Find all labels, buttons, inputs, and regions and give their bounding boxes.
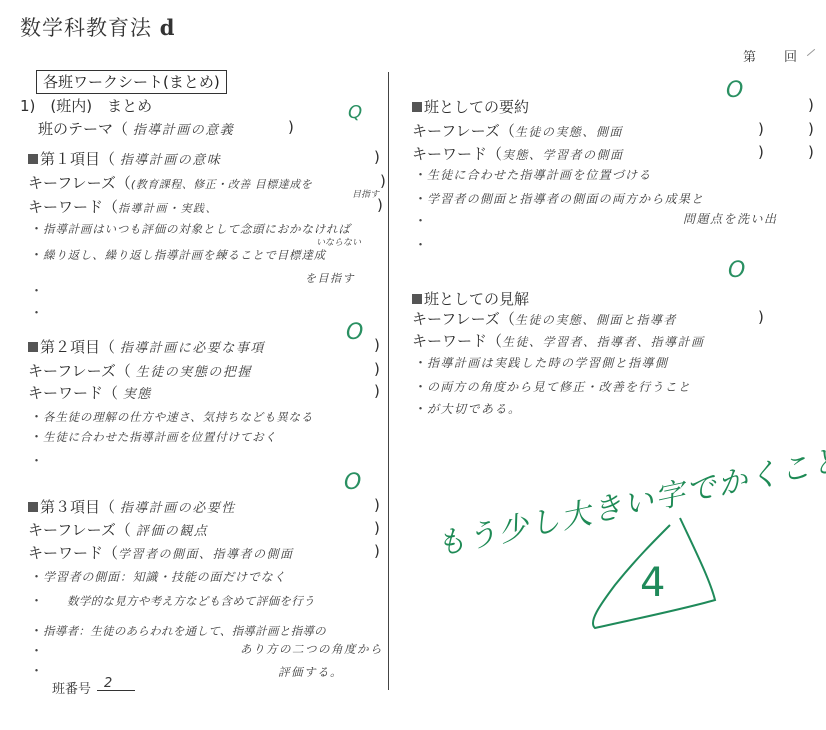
grader-mark-opinion: O <box>728 258 745 283</box>
close-paren: ) <box>374 360 380 378</box>
opinion-keyword: キーワード（生徒、学習者、指導者、指導計画 <box>412 330 705 351</box>
item3-keyphrase: キーフレーズ（ 評価の観点 <box>28 519 208 540</box>
item3-bullet-continuation: あり方の二つの角度から <box>240 641 383 657</box>
item1-bullet: ・繰り返し、繰り返し指導計画を練ることで目標達成 <box>30 244 326 263</box>
close-paren: ) <box>758 120 764 138</box>
item1-bullet: ・指導計画はいつも評価の対象として念頭におかなければ <box>30 218 351 237</box>
summary-keyword: キーワード（実態、学習者の側面 <box>412 143 624 164</box>
grader-mark-theme: Q <box>348 102 362 123</box>
item2-keyphrase-label: キーフレーズ（ <box>28 362 131 380</box>
opinion-bullet: ・が大切である。 <box>414 398 522 417</box>
opinion-keyphrase-value: 生徒の実態、側面と指導者 <box>515 313 677 327</box>
close-paren: ) <box>374 519 380 537</box>
item2-keyword-value: 実態 <box>123 387 152 402</box>
item2-bullet-text: 生徒に合わせた指導計画を位置付けておく <box>43 430 277 444</box>
close-paren: ) <box>380 172 386 190</box>
group-number-label: 班番号 <box>52 678 91 697</box>
item3-bullet-empty: ・ <box>30 640 43 659</box>
opinion-bullet: ・指導計画は実践した時の学習側と指導側 <box>414 352 668 371</box>
session-prefix: 第 <box>743 50 756 65</box>
square-bullet-icon <box>28 502 38 512</box>
square-bullet-icon <box>28 154 38 164</box>
item3-bullet-text: 学習者の側面：知識・技能の面だけでなく <box>43 570 286 584</box>
summary-bullet-text: 生徒に合わせた指導計画を位置づける <box>427 168 651 182</box>
section-heading: 1) (班内) まとめ <box>20 95 152 116</box>
item3-bullet-text: 数学的な見方や考え方なども含めて評価を行う <box>67 594 315 608</box>
item3-bullet-continuation: 評価する。 <box>278 664 343 680</box>
item3-bullet-empty: ・ <box>30 660 43 679</box>
item1-keyword-value: 指導計画・実践、 <box>118 202 218 215</box>
close-paren: ) <box>374 496 380 514</box>
summary-bullet: ・学習者の側面と指導者の側面の両方から成果と <box>414 188 704 207</box>
opinion-keyphrase-label: キーフレーズ（ <box>412 310 515 328</box>
opinion-bullet-text: 指導計画は実践した時の学習側と指導側 <box>427 356 668 370</box>
square-bullet-icon <box>412 102 422 112</box>
item1-bullet-continuation: を目指す <box>305 270 355 286</box>
opinion-keyphrase: キーフレーズ（生徒の実態、側面と指導者 <box>412 308 677 329</box>
item3-heading-value: 指導計画の必要性 <box>120 501 236 516</box>
item1-keyword-label: キーワード（ <box>28 198 118 216</box>
item3-bullet: ・指導者：生徒のあらわれを通して、指導計画と指導の <box>30 620 326 639</box>
close-paren: ) <box>808 143 814 161</box>
close-paren: ) <box>808 120 814 138</box>
theme-close-paren: ) <box>288 118 294 136</box>
grader-mark-item3: O <box>344 470 361 495</box>
theme-row: 班のテーマ（ 指導計画の意義 <box>38 118 234 139</box>
item2-bullet: ・生徒に合わせた指導計画を位置付けておく <box>30 426 277 445</box>
grader-mark-item2: O <box>346 320 363 345</box>
session-slash-mark <box>807 49 815 56</box>
item3-heading: 第３項目（ 指導計画の必要性 <box>28 496 236 517</box>
item2-bullet: ・各生徒の理解の仕方や速さ、気持ちなども異なる <box>30 406 313 425</box>
item2-bullet-empty: ・ <box>30 450 43 469</box>
close-paren: ) <box>377 196 383 214</box>
item1-heading: 第１項目（ 指導計画の意味 <box>28 148 221 169</box>
summary-keyphrase: キーフレーズ（生徒の実態、側面 <box>412 120 623 141</box>
item1-keyword: キーワード（指導計画・実践、 <box>28 196 218 217</box>
item2-bullet-text: 各生徒の理解の仕方や速さ、気持ちなども異なる <box>43 410 313 424</box>
session-number: 第回 <box>743 46 797 65</box>
square-bullet-icon <box>412 294 422 304</box>
session-suffix: 回 <box>784 50 797 65</box>
opinion-keyword-value: 生徒、学習者、指導者、指導計画 <box>502 335 705 349</box>
theme-value: 指導計画の意義 <box>133 123 235 138</box>
item2-keyphrase-value: 生徒の実態の把握 <box>136 365 252 380</box>
worksheet-boxed-title: 各班ワークシート(まとめ) <box>36 70 227 94</box>
item2-keyphrase: キーフレーズ（ 生徒の実態の把握 <box>28 360 252 381</box>
item2-heading: 第２項目（ 指導計画に必要な事項 <box>28 336 265 357</box>
item2-heading-label: 第２項目（ <box>40 338 115 356</box>
summary-bullet-empty: ・ <box>414 210 427 229</box>
summary-bullet-text: 学習者の側面と指導者の側面の両方から成果と <box>427 192 704 206</box>
close-paren: ) <box>374 542 380 560</box>
item1-keyphrase-value: (教育課程、修正・改善 目標達成を <box>131 178 312 191</box>
item1-keyphrase: キーフレーズ（(教育課程、修正・改善 目標達成を <box>28 172 312 193</box>
grader-mark-summary: O <box>726 78 743 103</box>
close-paren: ) <box>374 148 380 166</box>
item3-keyword-value: 学習者の側面、指導者の側面 <box>118 547 294 561</box>
opinion-bullet-text: が大切である。 <box>427 402 522 416</box>
close-paren: ) <box>758 143 764 161</box>
item1-bullet-empty: ・ <box>30 302 43 321</box>
group-number-value: 2 <box>104 676 114 691</box>
summary-keyword-label: キーワード（ <box>412 145 502 163</box>
square-bullet-icon <box>28 342 38 352</box>
item3-keyphrase-value: 評価の観点 <box>136 524 209 539</box>
item3-bullet: ・数学的な見方や考え方なども含めて評価を行う <box>30 590 315 609</box>
theme-label: 班のテーマ（ <box>38 120 128 138</box>
summary-bullet-continuation: 問題点を洗い出 <box>683 210 778 227</box>
opinion-bullet: ・の両方の角度から見て修正・改善を行うこと <box>414 376 691 395</box>
close-paren: ) <box>758 308 764 326</box>
item2-keyword: キーワード（ 実態 <box>28 382 152 403</box>
close-paren: ) <box>374 336 380 354</box>
item3-keyphrase-label: キーフレーズ（ <box>28 521 131 539</box>
item1-heading-label: 第１項目（ <box>40 150 115 168</box>
close-paren: ) <box>374 382 380 400</box>
summary-keyword-value: 実態、学習者の側面 <box>502 148 624 162</box>
course-title-suffix: d <box>160 15 176 40</box>
opinion-heading-text: 班としての見解 <box>424 290 529 308</box>
score-value: 4 <box>640 560 665 606</box>
item3-bullet-text: 指導者：生徒のあらわれを通して、指導計画と指導の <box>43 624 326 638</box>
column-divider <box>388 72 389 690</box>
item3-keyword: キーワード（学習者の側面、指導者の側面 <box>28 542 294 563</box>
item2-heading-value: 指導計画に必要な事項 <box>120 341 265 356</box>
item3-keyword-label: キーワード（ <box>28 544 118 562</box>
item2-keyword-label: キーワード（ <box>28 384 118 402</box>
summary-bullet-empty: ・ <box>414 234 427 253</box>
close-paren: ) <box>808 96 814 114</box>
item1-bullet-text: 繰り返し、繰り返し指導計画を練ることで目標達成 <box>43 248 326 262</box>
item1-bullet-text: 指導計画はいつも評価の対象として念頭におかなければ <box>43 222 351 236</box>
item3-heading-label: 第３項目（ <box>40 498 115 516</box>
item1-keyphrase-note: 目指す <box>352 187 379 200</box>
item3-bullet: ・学習者の側面：知識・技能の面だけでなく <box>30 566 286 585</box>
course-title-text: 数学科教育法 <box>20 16 152 40</box>
item1-bullet-empty: ・ <box>30 280 43 299</box>
summary-keyphrase-label: キーフレーズ（ <box>412 122 515 140</box>
opinion-heading: 班としての見解 <box>412 288 529 309</box>
item1-heading-value: 指導計画の意味 <box>120 153 222 168</box>
summary-heading: 班としての要約 <box>412 96 529 117</box>
course-title: 数学科教育法 d <box>20 12 175 42</box>
summary-heading-text: 班としての要約 <box>424 98 529 116</box>
opinion-bullet-text: の両方の角度から見て修正・改善を行うこと <box>427 380 691 394</box>
item1-keyphrase-label: キーフレーズ（ <box>28 174 131 192</box>
summary-bullet: ・生徒に合わせた指導計画を位置づける <box>414 164 651 183</box>
opinion-keyword-label: キーワード（ <box>412 332 502 350</box>
summary-keyphrase-value: 生徒の実態、側面 <box>515 125 623 139</box>
group-number-underline <box>97 690 135 691</box>
